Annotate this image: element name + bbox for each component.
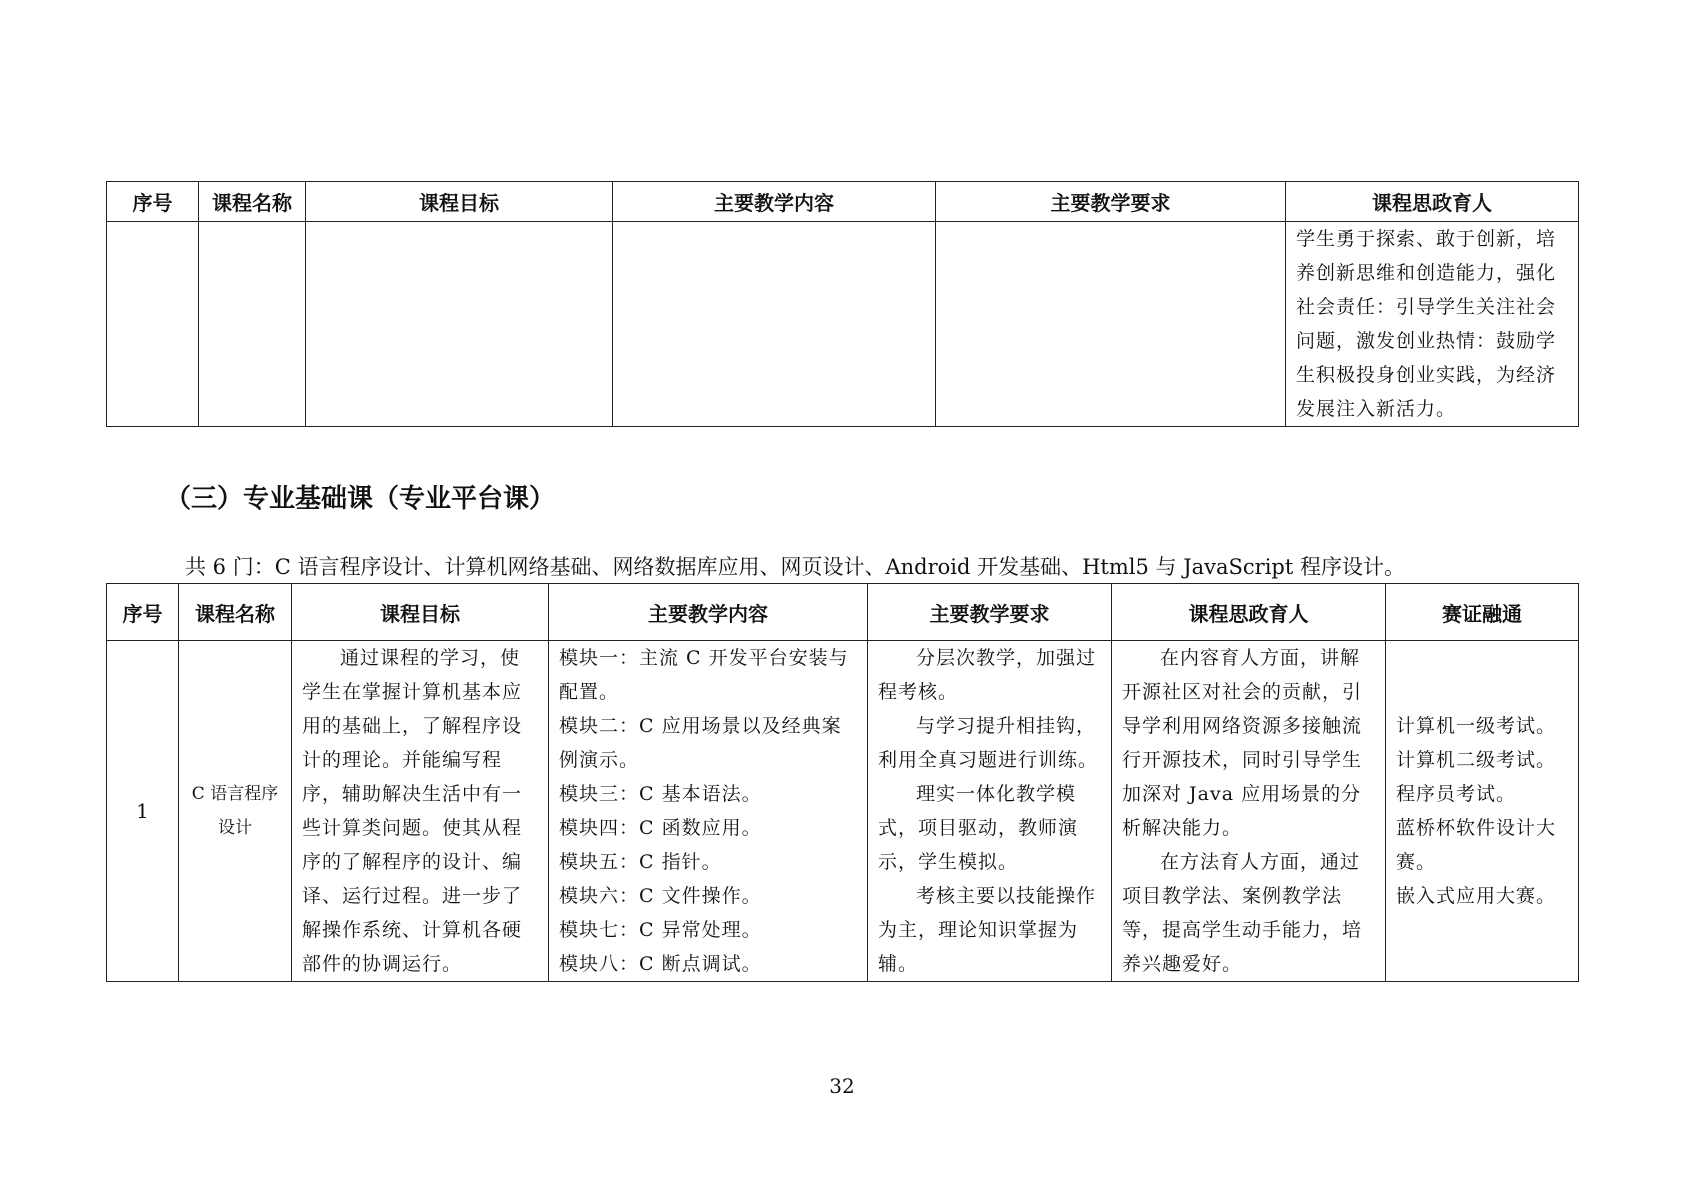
content-item: 模块五：C 指针。 [559, 845, 857, 879]
header-competition-certificate: 赛证融通 [1386, 584, 1579, 641]
header-teaching-content: 主要教学内容 [549, 584, 868, 641]
certificate-item: 计算机一级考试。 [1396, 709, 1568, 743]
header-teaching-requirements: 主要教学要求 [868, 584, 1112, 641]
content-item: 模块一：主流 C 开发平台安装与配置。 [559, 641, 857, 709]
course-table-continued: 序号 课程名称 课程目标 主要教学内容 主要教学要求 课程思政育人 学生勇于探索… [106, 181, 1579, 427]
header-teaching-content: 主要教学内容 [613, 182, 936, 222]
cell-teaching-requirements: 分层次教学，加强过程考核。 与学习提升相挂钩，利用全真习题进行训练。 理实一体化… [868, 641, 1112, 982]
cell-course-goal [306, 222, 613, 427]
requirement-item: 分层次教学，加强过程考核。 [878, 641, 1101, 709]
header-ideology-education: 课程思政育人 [1112, 584, 1386, 641]
cell-course-name: C 语言程序设计 [179, 641, 292, 982]
content-item: 模块八：C 断点调试。 [559, 947, 857, 981]
content-item: 模块七：C 异常处理。 [559, 913, 857, 947]
table-header-row: 序号 课程名称 课程目标 主要教学内容 主要教学要求 课程思政育人 赛证融通 [107, 584, 1579, 641]
certificate-item: 蓝桥杯软件设计大赛。 [1396, 811, 1568, 879]
content-item: 模块三：C 基本语法。 [559, 777, 857, 811]
certificate-item: 计算机二级考试。 [1396, 743, 1568, 777]
goal-text: 通过课程的学习，使学生在掌握计算机基本应用的基础上，了解程序设计的理论。并能编写… [302, 641, 538, 981]
cell-course-goal: 通过课程的学习，使学生在掌握计算机基本应用的基础上，了解程序设计的理论。并能编写… [292, 641, 549, 982]
ideology-item: 在方法育人方面，通过项目教学法、案例教学法等，提高学生动手能力，培养兴趣爱好。 [1122, 845, 1375, 981]
header-course-goal: 课程目标 [306, 182, 613, 222]
header-course-goal: 课程目标 [292, 584, 549, 641]
ideology-item: 在内容育人方面，讲解开源社区对社会的贡献，引导学利用网络资源多接触流行开源技术，… [1122, 641, 1375, 845]
course-table: 序号 课程名称 课程目标 主要教学内容 主要教学要求 课程思政育人 赛证融通 1… [106, 583, 1579, 982]
cell-ideology-education: 在内容育人方面，讲解开源社区对社会的贡献，引导学利用网络资源多接触流行开源技术，… [1112, 641, 1386, 982]
cell-course-name [199, 222, 306, 427]
content-item: 模块二：C 应用场景以及经典案例演示。 [559, 709, 857, 777]
table-row: 学生勇于探索、敢于创新，培养创新思维和创造能力，强化社会责任：引导学生关注社会问… [107, 222, 1579, 427]
requirement-item: 理实一体化教学模式，项目驱动，教师演示，学生模拟。 [878, 777, 1101, 879]
cell-teaching-requirements [936, 222, 1286, 427]
cell-competition-certificate: 计算机一级考试。 计算机二级考试。 程序员考试。 蓝桥杯软件设计大赛。 嵌入式应… [1386, 641, 1579, 982]
header-index: 序号 [107, 182, 199, 222]
table-header-row: 序号 课程名称 课程目标 主要教学内容 主要教学要求 课程思政育人 [107, 182, 1579, 222]
header-ideology-education: 课程思政育人 [1286, 182, 1579, 222]
requirement-item: 考核主要以技能操作为主，理论知识掌握为辅。 [878, 879, 1101, 981]
certificate-item: 嵌入式应用大赛。 [1396, 879, 1568, 913]
page-number: 32 [0, 1074, 1684, 1098]
cell-ideology-education: 学生勇于探索、敢于创新，培养创新思维和创造能力，强化社会责任：引导学生关注社会问… [1286, 222, 1579, 427]
cell-index [107, 222, 199, 427]
section-intro: 共 6 门：C 语言程序设计、计算机网络基础、网络数据库应用、网页设计、Andr… [185, 551, 1405, 581]
cell-index: 1 [107, 641, 179, 982]
header-course-name: 课程名称 [179, 584, 292, 641]
ideology-text: 学生勇于探索、敢于创新，培养创新思维和创造能力，强化社会责任：引导学生关注社会问… [1296, 222, 1568, 426]
section-heading: （三）专业基础课（专业平台课） [165, 478, 555, 515]
header-index: 序号 [107, 584, 179, 641]
content-item: 模块六：C 文件操作。 [559, 879, 857, 913]
header-course-name: 课程名称 [199, 182, 306, 222]
cell-teaching-content [613, 222, 936, 427]
header-teaching-requirements: 主要教学要求 [936, 182, 1286, 222]
table-row: 1 C 语言程序设计 通过课程的学习，使学生在掌握计算机基本应用的基础上，了解程… [107, 641, 1579, 982]
content-item: 模块四：C 函数应用。 [559, 811, 857, 845]
requirement-item: 与学习提升相挂钩，利用全真习题进行训练。 [878, 709, 1101, 777]
cell-teaching-content: 模块一：主流 C 开发平台安装与配置。 模块二：C 应用场景以及经典案例演示。 … [549, 641, 868, 982]
certificate-item: 程序员考试。 [1396, 777, 1568, 811]
